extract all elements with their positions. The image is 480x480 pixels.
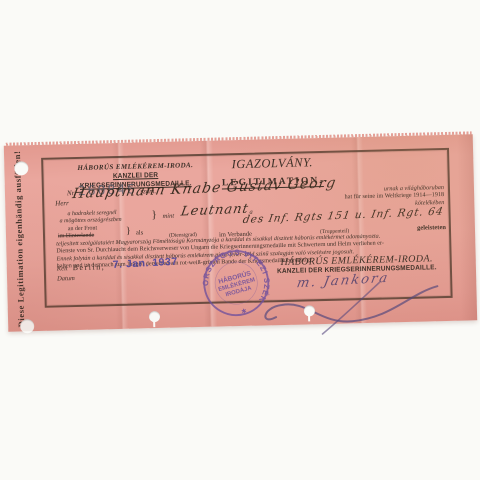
service-option-hu2: a mögöttes országrészben: [60, 217, 122, 225]
geleisteten-label: geleisteten: [417, 224, 446, 232]
brace-glyph: }: [151, 209, 157, 221]
rank-handwritten: Leutnant: [180, 202, 250, 220]
punch-hole: [149, 311, 160, 322]
place-berlin: Berlin,: [73, 262, 106, 272]
date-place-row: KeltBerlin, Datum: [57, 262, 106, 282]
punch-hole: [14, 161, 28, 175]
service-option-hinterland-struck: im Hinterlande: [58, 233, 94, 240]
side-instruction-vertical-text: Diese Legitimation eigenhändig ausfüllen…: [12, 161, 26, 327]
service-option-front: an der Front: [68, 226, 97, 233]
service-option-hu1: a hadrakelt seregnél: [67, 210, 116, 217]
punch-hole: [20, 319, 34, 333]
edge-shade: [457, 134, 478, 320]
als-label: als: [136, 229, 143, 236]
units-handwritten: des Inf. Rgts 151 u. Inf. Rgt. 64: [242, 206, 445, 226]
kelt-label: Kelt: [57, 265, 68, 272]
datum-label: Datum: [57, 274, 106, 282]
mint-label: mint: [162, 213, 174, 220]
salutation-label: Herr: [55, 199, 69, 207]
signature-flourish: [257, 281, 450, 340]
photo-of-certificate: Diese Legitimation eigenhändig ausfüllen…: [0, 0, 480, 480]
stamp-star: ✱: [241, 308, 248, 316]
brace-glyph: }: [126, 226, 131, 237]
certificate-paper: Diese Legitimation eigenhändig ausfüllen…: [4, 134, 477, 331]
